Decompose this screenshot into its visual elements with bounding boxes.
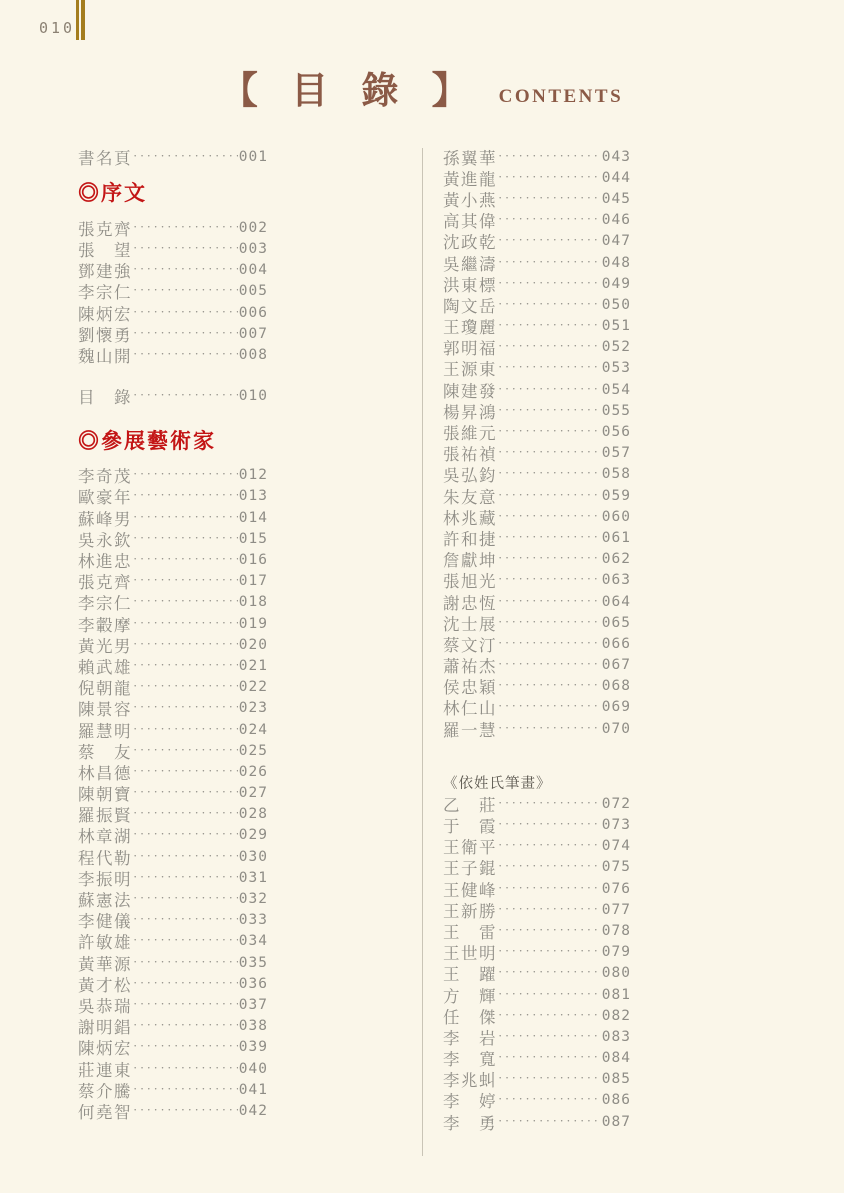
toc-column-left: 書名頁001◎序文張克齊002張 望003鄧建強004李宗仁005陳炳宏006劉…	[78, 146, 268, 1122]
entry-page: 054	[602, 382, 631, 398]
toc-entry: 張 望003	[78, 238, 268, 259]
toc-page: 010 【 目 錄 】 CONTENTS 書名頁001◎序文張克齊002張 望0…	[0, 0, 844, 1193]
dot-leader	[133, 1017, 238, 1035]
toc-entry: 張克齊017	[78, 571, 268, 592]
entry-page: 065	[602, 615, 631, 631]
toc-entry: 王源東053	[443, 358, 631, 379]
entry-page: 021	[239, 658, 268, 674]
toc-entry: 詹獻坤062	[443, 549, 631, 570]
dot-leader	[498, 317, 601, 335]
entry-name: 目 錄	[78, 384, 132, 408]
title-english: CONTENTS	[499, 86, 624, 113]
toc-entry: 蔡 友025	[78, 740, 268, 761]
entry-page: 018	[239, 594, 268, 610]
dot-leader	[133, 1038, 238, 1056]
toc-entry: 王子錕075	[443, 857, 631, 878]
entry-page: 036	[239, 976, 268, 992]
toc-entry: 鄧建強004	[78, 260, 268, 281]
entry-name: 書名頁	[78, 145, 132, 169]
dot-leader	[133, 148, 238, 166]
dot-leader	[498, 1049, 601, 1067]
toc-entry: 莊連東040	[78, 1058, 268, 1079]
toc-entry: 李振明031	[78, 867, 268, 888]
toc-entry: 李 勇087	[443, 1111, 631, 1132]
toc-entry: 蕭祐杰067	[443, 655, 631, 676]
entry-page: 046	[602, 212, 631, 228]
entry-page: 040	[239, 1061, 268, 1077]
toc-entry: 李 寬084	[443, 1048, 631, 1069]
toc-entry: 目 錄010	[78, 386, 268, 407]
entry-page: 023	[239, 700, 268, 716]
entry-page: 010	[239, 388, 268, 404]
toc-entry: 謝明錩038	[78, 1016, 268, 1037]
dot-leader	[498, 465, 601, 483]
toc-entry: 朱友意059	[443, 485, 631, 506]
dot-leader	[498, 508, 601, 526]
entry-page: 077	[602, 902, 631, 918]
dot-leader	[133, 487, 238, 505]
toc-entry: 書名頁001	[78, 146, 268, 167]
dot-leader	[133, 869, 238, 887]
dot-leader	[133, 615, 238, 633]
entry-page: 013	[239, 488, 268, 504]
entry-page: 042	[239, 1103, 268, 1119]
entry-page: 051	[602, 318, 631, 334]
dot-leader	[133, 240, 238, 258]
dot-leader	[133, 466, 238, 484]
entry-page: 056	[602, 424, 631, 440]
dot-leader	[498, 943, 601, 961]
toc-column-right: 孫翼華043黃進龍044黃小燕045高其偉046沈政乾047吳繼濤048洪東標0…	[443, 146, 631, 1132]
dot-leader	[498, 698, 601, 716]
toc-entry: 乙 莊072	[443, 793, 631, 814]
toc-entry: 何堯智042	[78, 1100, 268, 1121]
entry-page: 081	[602, 987, 631, 1003]
dot-leader	[133, 699, 238, 717]
entry-page: 061	[602, 530, 631, 546]
toc-entry: 吳弘鈞058	[443, 464, 631, 485]
toc-entry: 于 霞073	[443, 814, 631, 835]
dot-leader	[133, 304, 238, 322]
entry-page: 002	[239, 220, 268, 236]
toc-entry: 張祐禎057	[443, 443, 631, 464]
spacer	[78, 366, 268, 386]
entry-page: 045	[602, 191, 631, 207]
entry-page: 058	[602, 466, 631, 482]
entry-page: 079	[602, 944, 631, 960]
entry-page: 067	[602, 657, 631, 673]
entry-page: 019	[239, 616, 268, 632]
dot-leader	[133, 1081, 238, 1099]
entry-page: 048	[602, 255, 631, 271]
toc-entry: 程代勒030	[78, 846, 268, 867]
entry-page: 027	[239, 785, 268, 801]
dot-leader	[133, 282, 238, 300]
toc-entry: 蔡介騰041	[78, 1079, 268, 1100]
entry-page: 004	[239, 262, 268, 278]
page-title: 【 目 錄 】 CONTENTS	[0, 72, 844, 113]
dot-leader	[498, 858, 601, 876]
dot-leader	[133, 387, 238, 405]
entry-page: 016	[239, 552, 268, 568]
dot-leader	[498, 795, 601, 813]
entry-page: 052	[602, 339, 631, 355]
toc-entry: 李健儀033	[78, 910, 268, 931]
toc-entry: 吳永欽015	[78, 528, 268, 549]
dot-leader	[498, 1070, 601, 1088]
dot-leader	[498, 444, 601, 462]
toc-entry: 陳景容023	[78, 698, 268, 719]
entry-page: 044	[602, 170, 631, 186]
dot-leader	[498, 1028, 601, 1046]
dot-leader	[498, 211, 601, 229]
entry-page: 003	[239, 241, 268, 257]
dot-leader	[498, 487, 601, 505]
dot-leader	[498, 593, 601, 611]
entry-page: 082	[602, 1008, 631, 1024]
dot-leader	[498, 922, 601, 940]
toc-entry: 沈士展065	[443, 612, 631, 633]
entry-page: 008	[239, 347, 268, 363]
toc-entry: 林兆藏060	[443, 506, 631, 527]
toc-entry: 許和捷061	[443, 527, 631, 548]
toc-entry: 林昌德026	[78, 761, 268, 782]
dot-leader	[133, 636, 238, 654]
dot-leader	[133, 657, 238, 675]
entry-page: 025	[239, 743, 268, 759]
entry-page: 059	[602, 488, 631, 504]
toc-entry: 楊昇鴻055	[443, 400, 631, 421]
dot-leader	[133, 551, 238, 569]
dot-leader	[498, 254, 601, 272]
dot-leader	[498, 986, 601, 1004]
toc-entry: 王 躍080	[443, 963, 631, 984]
dot-leader	[133, 911, 238, 929]
dot-leader	[498, 677, 601, 695]
dot-leader	[498, 359, 601, 377]
entry-page: 074	[602, 838, 631, 854]
toc-entry: 劉懷勇007	[78, 323, 268, 344]
section-heading: ◎序文	[78, 167, 268, 217]
toc-entry: 陶文岳050	[443, 294, 631, 315]
entry-name: 李 勇	[443, 1110, 497, 1134]
entry-page: 017	[239, 573, 268, 589]
entry-page: 083	[602, 1029, 631, 1045]
toc-entry: 陳建發054	[443, 379, 631, 400]
dot-leader	[498, 614, 601, 632]
dot-leader	[498, 1113, 601, 1131]
entry-page: 086	[602, 1092, 631, 1108]
dot-leader	[498, 837, 601, 855]
entry-page: 084	[602, 1050, 631, 1066]
entry-page: 037	[239, 997, 268, 1013]
dot-leader	[498, 232, 601, 250]
entry-page: 007	[239, 326, 268, 342]
column-divider	[422, 148, 423, 1156]
dot-leader	[498, 402, 601, 420]
entry-page: 032	[239, 891, 268, 907]
toc-entry: 林仁山069	[443, 697, 631, 718]
dot-leader	[133, 1102, 238, 1120]
entry-page: 078	[602, 923, 631, 939]
entry-page: 030	[239, 849, 268, 865]
toc-entry: 張旭光063	[443, 570, 631, 591]
toc-entry: 王新勝077	[443, 899, 631, 920]
entry-page: 024	[239, 722, 268, 738]
entry-page: 026	[239, 764, 268, 780]
dot-leader	[498, 529, 601, 547]
toc-entry: 黃進龍044	[443, 167, 631, 188]
toc-entry: 侯忠穎068	[443, 676, 631, 697]
toc-entry: 王衛平074	[443, 836, 631, 857]
entry-name: 魏山開	[78, 343, 132, 367]
entry-page: 050	[602, 297, 631, 313]
entry-page: 064	[602, 594, 631, 610]
entry-page: 049	[602, 276, 631, 292]
entry-page: 031	[239, 870, 268, 886]
dot-leader	[133, 784, 238, 802]
dot-leader	[498, 656, 601, 674]
entry-page: 020	[239, 637, 268, 653]
dot-leader	[498, 1007, 601, 1025]
section-heading: ◎參展藝術家	[78, 415, 268, 465]
toc-entry: 李轂摩019	[78, 613, 268, 634]
toc-entry: 吳繼濤048	[443, 252, 631, 273]
entry-page: 080	[602, 965, 631, 981]
dot-leader	[498, 1091, 601, 1109]
toc-entry: 王健峰076	[443, 878, 631, 899]
dot-leader	[498, 275, 601, 293]
entry-page: 053	[602, 360, 631, 376]
toc-entry: 王瓊麗051	[443, 316, 631, 337]
toc-entry: 李 岩083	[443, 1026, 631, 1047]
dot-leader	[133, 954, 238, 972]
toc-entry: 沈政乾047	[443, 231, 631, 252]
toc-entry: 蔡文汀066	[443, 633, 631, 654]
entry-page: 063	[602, 572, 631, 588]
toc-entry: 倪朝龍022	[78, 677, 268, 698]
entry-page: 066	[602, 636, 631, 652]
entry-page: 012	[239, 467, 268, 483]
toc-entry: 李宗仁005	[78, 281, 268, 302]
dot-leader	[498, 571, 601, 589]
toc-entry: 張維元056	[443, 421, 631, 442]
toc-entry: 許敏雄034	[78, 931, 268, 952]
dot-leader	[133, 975, 238, 993]
dot-leader	[133, 261, 238, 279]
dot-leader	[498, 635, 601, 653]
entry-page: 041	[239, 1082, 268, 1098]
spacer	[443, 739, 631, 771]
toc-entry: 吳恭瑞037	[78, 994, 268, 1015]
entry-page: 043	[602, 149, 631, 165]
toc-entry: 蘇峰男014	[78, 507, 268, 528]
entry-page: 055	[602, 403, 631, 419]
entry-page: 070	[602, 721, 631, 737]
entry-name: 羅一慧	[443, 717, 497, 741]
dot-leader	[498, 148, 601, 166]
entry-page: 039	[239, 1039, 268, 1055]
entry-page: 085	[602, 1071, 631, 1087]
entry-page: 015	[239, 531, 268, 547]
toc-entry: 羅一慧070	[443, 718, 631, 739]
entry-page: 001	[239, 149, 268, 165]
dot-leader	[133, 848, 238, 866]
toc-entry: 羅振賢028	[78, 804, 268, 825]
toc-entry: 黃華源035	[78, 952, 268, 973]
entry-page: 028	[239, 806, 268, 822]
page-number: 010	[39, 19, 75, 37]
dot-leader	[498, 423, 601, 441]
entry-page: 062	[602, 551, 631, 567]
dot-leader	[133, 1060, 238, 1078]
dot-leader	[133, 325, 238, 343]
dot-leader	[133, 932, 238, 950]
toc-entry: 張克齊002	[78, 217, 268, 238]
entry-page: 005	[239, 283, 268, 299]
entry-page: 060	[602, 509, 631, 525]
dot-leader	[133, 742, 238, 760]
entry-page: 076	[602, 881, 631, 897]
dot-leader	[498, 720, 601, 738]
dot-leader	[498, 816, 601, 834]
dot-leader	[133, 805, 238, 823]
toc-entry: 李奇茂012	[78, 465, 268, 486]
entry-name: 何堯智	[78, 1099, 132, 1123]
dot-leader	[498, 338, 601, 356]
toc-entry: 洪東標049	[443, 273, 631, 294]
toc-entry: 羅慧明024	[78, 719, 268, 740]
toc-entry: 黃小燕045	[443, 188, 631, 209]
toc-entry: 王世明079	[443, 942, 631, 963]
entry-page: 069	[602, 699, 631, 715]
toc-entry: 王 雷078	[443, 920, 631, 941]
toc-entry: 任 傑082	[443, 1005, 631, 1026]
dot-leader	[133, 763, 238, 781]
toc-entry: 高其偉046	[443, 210, 631, 231]
dot-leader	[498, 964, 601, 982]
toc-entry: 方 輝081	[443, 984, 631, 1005]
dot-leader	[133, 572, 238, 590]
section-label: 《依姓氏筆畫》	[443, 771, 631, 793]
title-cjk: 【 目 錄 】	[221, 72, 481, 113]
toc-entry: 李 婷086	[443, 1090, 631, 1111]
toc-entry: 陳朝寶027	[78, 783, 268, 804]
dot-leader	[133, 826, 238, 844]
entry-page: 047	[602, 233, 631, 249]
toc-entry: 黃光男020	[78, 634, 268, 655]
toc-entry: 李宗仁018	[78, 592, 268, 613]
dot-leader	[133, 890, 238, 908]
dot-leader	[133, 721, 238, 739]
entry-page: 075	[602, 859, 631, 875]
entry-page: 073	[602, 817, 631, 833]
folio-gold-rule	[76, 0, 85, 40]
dot-leader	[133, 530, 238, 548]
dot-leader	[498, 169, 601, 187]
dot-leader	[133, 593, 238, 611]
dot-leader	[498, 190, 601, 208]
entry-page: 038	[239, 1018, 268, 1034]
toc-entry: 歐豪年013	[78, 486, 268, 507]
dot-leader	[133, 996, 238, 1014]
entry-page: 014	[239, 510, 268, 526]
dot-leader	[133, 509, 238, 527]
dot-leader	[133, 678, 238, 696]
toc-entry: 謝忠恆064	[443, 591, 631, 612]
toc-entry: 郭明福052	[443, 337, 631, 358]
toc-entry: 蘇憲法032	[78, 888, 268, 909]
entry-page: 022	[239, 679, 268, 695]
entry-page: 087	[602, 1114, 631, 1130]
entry-page: 006	[239, 305, 268, 321]
entry-page: 034	[239, 933, 268, 949]
entry-page: 035	[239, 955, 268, 971]
dot-leader	[498, 550, 601, 568]
dot-leader	[133, 219, 238, 237]
entry-page: 072	[602, 796, 631, 812]
dot-leader	[498, 296, 601, 314]
toc-entry: 魏山開008	[78, 344, 268, 365]
dot-leader	[498, 880, 601, 898]
toc-entry: 陳炳宏006	[78, 302, 268, 323]
dot-leader	[498, 901, 601, 919]
toc-entry: 孫翼華043	[443, 146, 631, 167]
toc-entry: 陳炳宏039	[78, 1037, 268, 1058]
toc-entry: 黃才松036	[78, 973, 268, 994]
toc-entry: 林章湖029	[78, 825, 268, 846]
toc-entry: 林進忠016	[78, 549, 268, 570]
dot-leader	[498, 381, 601, 399]
toc-entry: 賴武雄021	[78, 655, 268, 676]
dot-leader	[133, 346, 238, 364]
toc-entry: 李兆虯085	[443, 1069, 631, 1090]
entry-page: 057	[602, 445, 631, 461]
entry-page: 068	[602, 678, 631, 694]
entry-page: 029	[239, 827, 268, 843]
entry-page: 033	[239, 912, 268, 928]
